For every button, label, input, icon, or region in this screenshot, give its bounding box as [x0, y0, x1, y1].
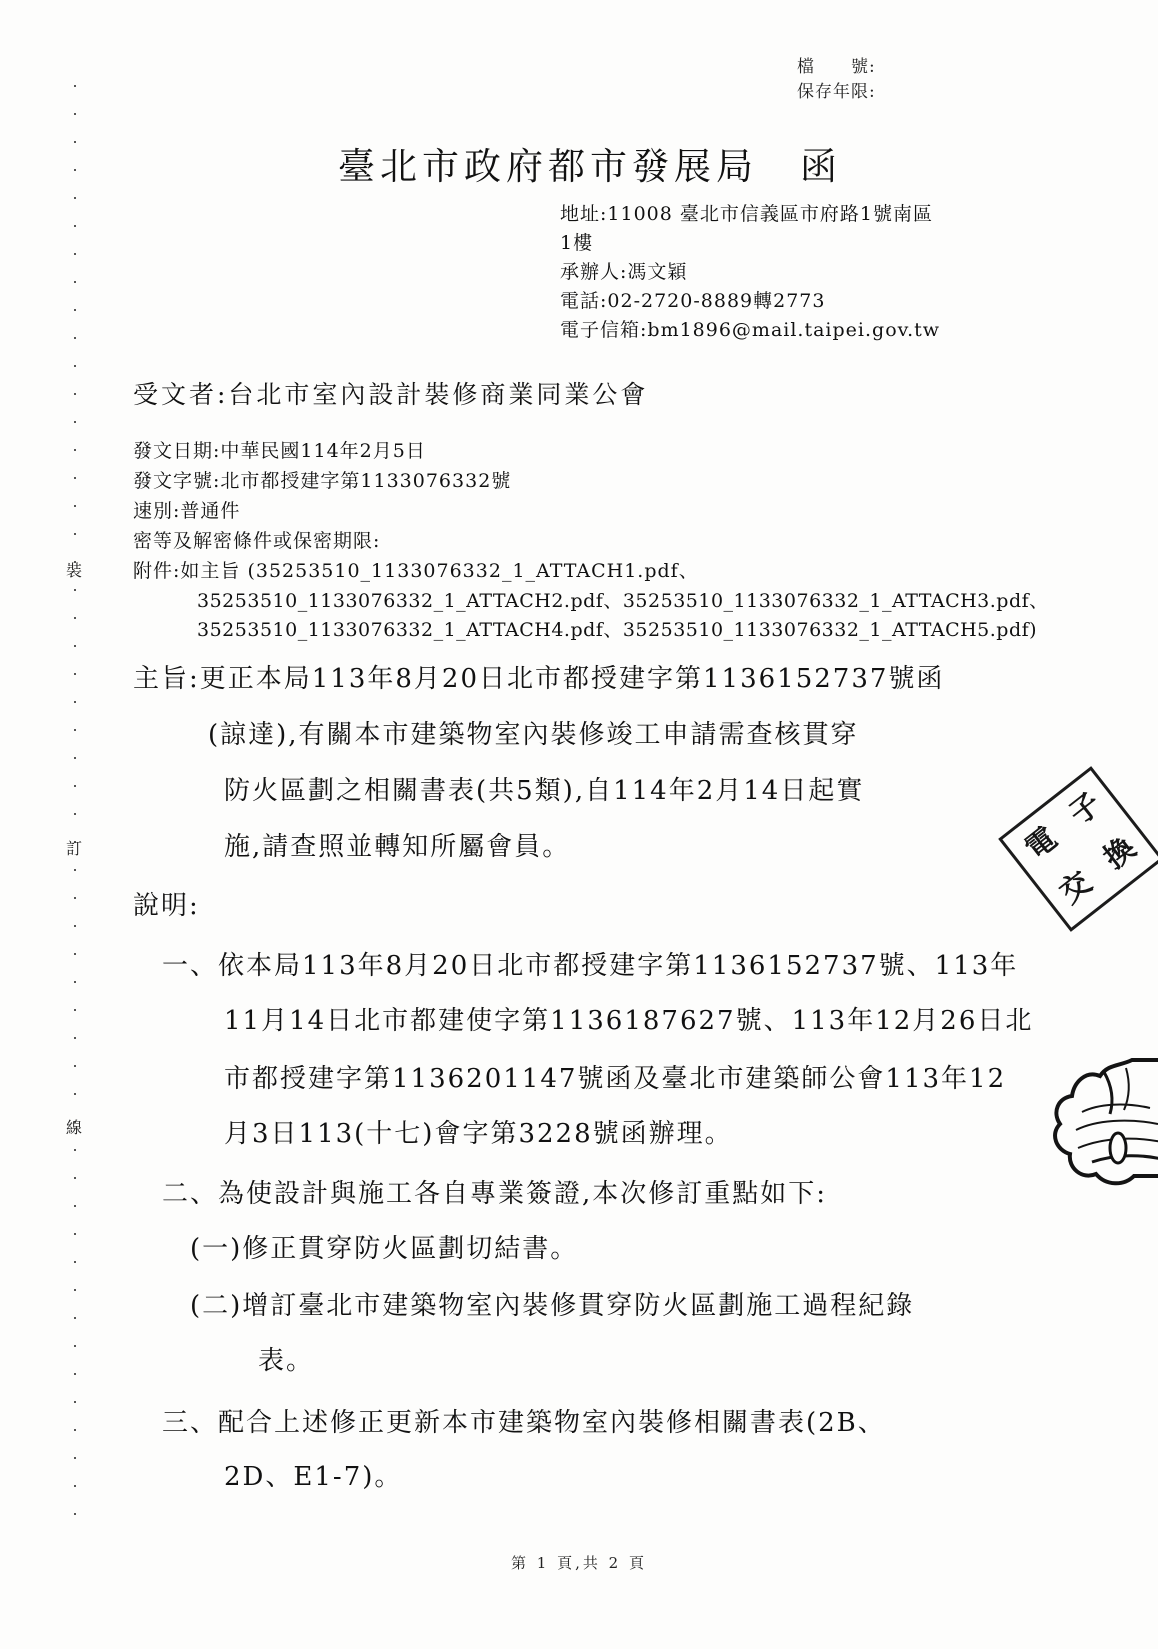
description-line-10: 2D、E1-7)。 [224, 1456, 402, 1493]
subject-line-1: 主旨:更正本局113年8月20日北市都授建字第1136152737號函 [133, 658, 944, 695]
stamp-char-4: 換 [1099, 833, 1141, 875]
stamp-char-3: 交 [1055, 867, 1097, 909]
archive-label-block: 檔 號: 保存年限: [797, 55, 876, 105]
description-line-6: (一)修正貫穿防火區劃切結書。 [190, 1228, 578, 1265]
description-heading: 說明: [133, 885, 200, 922]
description-line-3: 市都授建字第1136201147號函及臺北市建築師公會113年12 [224, 1058, 1006, 1095]
electronic-exchange-stamp: 電 子 交 換 [998, 766, 1158, 932]
binding-dotted-line [74, 85, 76, 1525]
attachment-line-3: 35253510_1133076332_1_ATTACH4.pdf、352535… [197, 615, 1037, 642]
binding-mark-xian: 線 [66, 1115, 82, 1138]
description-line-8: 表。 [258, 1340, 314, 1377]
description-line-5: 二、為使設計與施工各自專業簽證,本次修訂重點如下: [162, 1173, 827, 1210]
official-letter-page: 檔 號: 保存年限: 臺北市政府都市發展局 函 地址:11008 臺北市信義區市… [0, 0, 1158, 1649]
subject-line-2: (諒達),有關本市建築物室內裝修竣工申請需查核貫穿 [208, 714, 859, 751]
sender-address-line2: 1樓 [560, 229, 940, 258]
attachment-line-2: 35253510_1133076332_1_ATTACH2.pdf、352535… [197, 586, 1049, 613]
sender-info-block: 地址:11008 臺北市信義區市府路1號南區 1樓 承辦人:馮文穎 電話:02-… [560, 200, 940, 345]
description-line-7: (二)增訂臺北市建築物室內裝修貫穿防火區劃施工過程紀錄 [190, 1285, 914, 1322]
description-line-9: 三、配合上述修正更新本市建築物室內裝修相關書表(2B、 [162, 1402, 886, 1439]
sender-contact-person: 承辦人:馮文穎 [560, 258, 940, 287]
sender-address-line1: 地址:11008 臺北市信義區市府路1號南區 [560, 200, 940, 229]
doc-number-line: 發文字號:北市都授建字第1133076332號 [133, 466, 511, 493]
flower-seal-partial [1032, 1052, 1158, 1192]
binding-mark-ding: 訂 [66, 836, 82, 859]
stamp-char-1: 電 [1021, 823, 1063, 865]
stamp-char-2: 子 [1065, 789, 1107, 831]
description-line-1: 一、依本局113年8月20日北市都授建字第1136152737號、113年 [162, 945, 1018, 982]
description-line-4: 月3日113(十七)會字第3228號函辦理。 [224, 1113, 733, 1150]
binding-mark-zhuang: 裝 [66, 558, 82, 581]
sender-phone: 電話:02-2720-8889轉2773 [560, 287, 940, 316]
retention-period-label: 保存年限: [797, 80, 876, 105]
subject-line-4: 施,請查照並轉知所屬會員。 [224, 826, 570, 863]
sender-email: 電子信箱:bm1896@mail.taipei.gov.tw [560, 316, 940, 345]
recipient-line: 受文者:台北市室內設計裝修商業同業公會 [133, 375, 648, 411]
secrecy-line: 密等及解密條件或保密期限: [133, 526, 380, 553]
document-title: 臺北市政府都市發展局 函 [338, 136, 842, 190]
subject-line-3: 防火區劃之相關書表(共5類),自114年2月14日起實 [224, 770, 864, 807]
page-footer: 第 1 頁,共 2 頁 [0, 1552, 1158, 1573]
description-line-2: 11月14日北市都建使字第1136187627號、113年12月26日北 [224, 1000, 1033, 1037]
speed-line: 速別:普通件 [133, 496, 240, 523]
issue-date-line: 發文日期:中華民國114年2月5日 [133, 436, 426, 463]
file-number-label: 檔 號: [797, 55, 876, 80]
attachment-line-1: 附件:如主旨 (35253510_1133076332_1_ATTACH1.pd… [133, 556, 699, 583]
